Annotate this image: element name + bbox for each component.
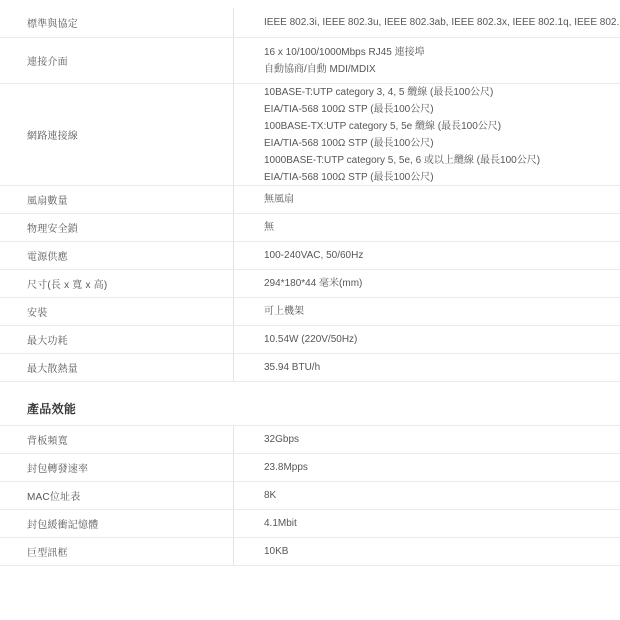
spec-value: 32Gbps bbox=[234, 426, 620, 453]
spec-value: IEEE 802.3i, IEEE 802.3u, IEEE 802.3ab, … bbox=[234, 8, 620, 37]
spec-value-line: EIA/TIA-568 100Ω STP (最長100公尺) bbox=[264, 135, 620, 152]
spec-label: 最大散熱量 bbox=[0, 354, 234, 381]
spec-value-line: 無風扇 bbox=[264, 191, 620, 208]
spec-value-line: 自動協商/自動 MDI/MDIX bbox=[264, 61, 620, 78]
general-spec-table: 標準與協定IEEE 802.3i, IEEE 802.3u, IEEE 802.… bbox=[0, 8, 620, 382]
spec-value: 10KB bbox=[234, 538, 620, 565]
spec-label: MAC位址表 bbox=[0, 482, 234, 509]
spec-value-line: IEEE 802.3i, IEEE 802.3u, IEEE 802.3ab, … bbox=[264, 14, 620, 31]
spec-label: 標準與協定 bbox=[0, 8, 234, 37]
spec-row: 物理安全鎖無 bbox=[0, 214, 620, 242]
spec-label: 巨型訊框 bbox=[0, 538, 234, 565]
spec-value-line: 10KB bbox=[264, 543, 620, 560]
spec-value: 294*180*44 毫米(mm) bbox=[234, 270, 620, 297]
spec-label: 連接介面 bbox=[0, 38, 234, 83]
spec-value-line: EIA/TIA-568 100Ω STP (最長100公尺) bbox=[264, 101, 620, 118]
spec-value-line: 4.1Mbit bbox=[264, 515, 620, 532]
spec-value: 無風扇 bbox=[234, 186, 620, 213]
spec-row: 安裝可上機架 bbox=[0, 298, 620, 326]
spec-value-line: 10.54W (220V/50Hz) bbox=[264, 331, 620, 348]
performance-spec-table: 背板頻寬32Gbps封包轉發速率23.8MppsMAC位址表8K封包緩衝記憶體4… bbox=[0, 425, 620, 566]
spec-value: 8K bbox=[234, 482, 620, 509]
spec-value-line: 8K bbox=[264, 487, 620, 504]
spec-row: 尺寸(長 x 寬 x 高)294*180*44 毫米(mm) bbox=[0, 270, 620, 298]
spec-label: 物理安全鎖 bbox=[0, 214, 234, 241]
product-spec-page: 標準與協定IEEE 802.3i, IEEE 802.3u, IEEE 802.… bbox=[0, 0, 620, 566]
spec-label: 電源供應 bbox=[0, 242, 234, 269]
spec-row: 封包轉發速率23.8Mpps bbox=[0, 454, 620, 482]
spec-row: 背板頻寬32Gbps bbox=[0, 426, 620, 454]
spec-value: 23.8Mpps bbox=[234, 454, 620, 481]
spec-value-line: 16 x 10/100/1000Mbps RJ45 連接埠 bbox=[264, 44, 620, 61]
spec-row: 標準與協定IEEE 802.3i, IEEE 802.3u, IEEE 802.… bbox=[0, 8, 620, 38]
spec-row: 巨型訊框10KB bbox=[0, 538, 620, 566]
spec-value-line: 100-240VAC, 50/60Hz bbox=[264, 247, 620, 264]
spec-value-line: 10BASE-T:UTP category 3, 4, 5 纜線 (最長100公… bbox=[264, 84, 620, 101]
spec-value: 100-240VAC, 50/60Hz bbox=[234, 242, 620, 269]
spec-value-line: 294*180*44 毫米(mm) bbox=[264, 275, 620, 292]
spec-row: 網路連接線10BASE-T:UTP category 3, 4, 5 纜線 (最… bbox=[0, 84, 620, 186]
spec-label: 封包轉發速率 bbox=[0, 454, 234, 481]
spec-value-line: 無 bbox=[264, 219, 620, 236]
spec-row: 最大功耗10.54W (220V/50Hz) bbox=[0, 326, 620, 354]
spec-value: 無 bbox=[234, 214, 620, 241]
spec-label: 尺寸(長 x 寬 x 高) bbox=[0, 270, 234, 297]
spec-value-line: 100BASE-TX:UTP category 5, 5e 纜線 (最長100公… bbox=[264, 118, 620, 135]
spec-row: 電源供應100-240VAC, 50/60Hz bbox=[0, 242, 620, 270]
spec-value: 16 x 10/100/1000Mbps RJ45 連接埠自動協商/自動 MDI… bbox=[234, 38, 620, 83]
spec-value: 10BASE-T:UTP category 3, 4, 5 纜線 (最長100公… bbox=[234, 84, 620, 185]
spec-row: 風扇數量無風扇 bbox=[0, 186, 620, 214]
spec-value: 可上機架 bbox=[234, 298, 620, 325]
spec-value: 35.94 BTU/h bbox=[234, 354, 620, 381]
spec-row: 連接介面16 x 10/100/1000Mbps RJ45 連接埠自動協商/自動… bbox=[0, 38, 620, 84]
spec-label: 風扇數量 bbox=[0, 186, 234, 213]
spec-label: 網路連接線 bbox=[0, 84, 234, 185]
section-heading-performance: 產品效能 bbox=[27, 401, 620, 417]
spec-row: 封包緩衝記憶體4.1Mbit bbox=[0, 510, 620, 538]
spec-value-line: 35.94 BTU/h bbox=[264, 359, 620, 376]
spec-row: MAC位址表8K bbox=[0, 482, 620, 510]
spec-value-line: EIA/TIA-568 100Ω STP (最長100公尺) bbox=[264, 169, 620, 186]
spec-label: 背板頻寬 bbox=[0, 426, 234, 453]
spec-value: 4.1Mbit bbox=[234, 510, 620, 537]
spec-label: 封包緩衝記憶體 bbox=[0, 510, 234, 537]
spec-row: 最大散熱量35.94 BTU/h bbox=[0, 354, 620, 382]
spec-value-line: 可上機架 bbox=[264, 303, 620, 320]
spec-value: 10.54W (220V/50Hz) bbox=[234, 326, 620, 353]
spec-value-line: 23.8Mpps bbox=[264, 459, 620, 476]
spec-label: 安裝 bbox=[0, 298, 234, 325]
spec-value-line: 32Gbps bbox=[264, 431, 620, 448]
spec-value-line: 1000BASE-T:UTP category 5, 5e, 6 或以上纜線 (… bbox=[264, 152, 620, 169]
spec-label: 最大功耗 bbox=[0, 326, 234, 353]
